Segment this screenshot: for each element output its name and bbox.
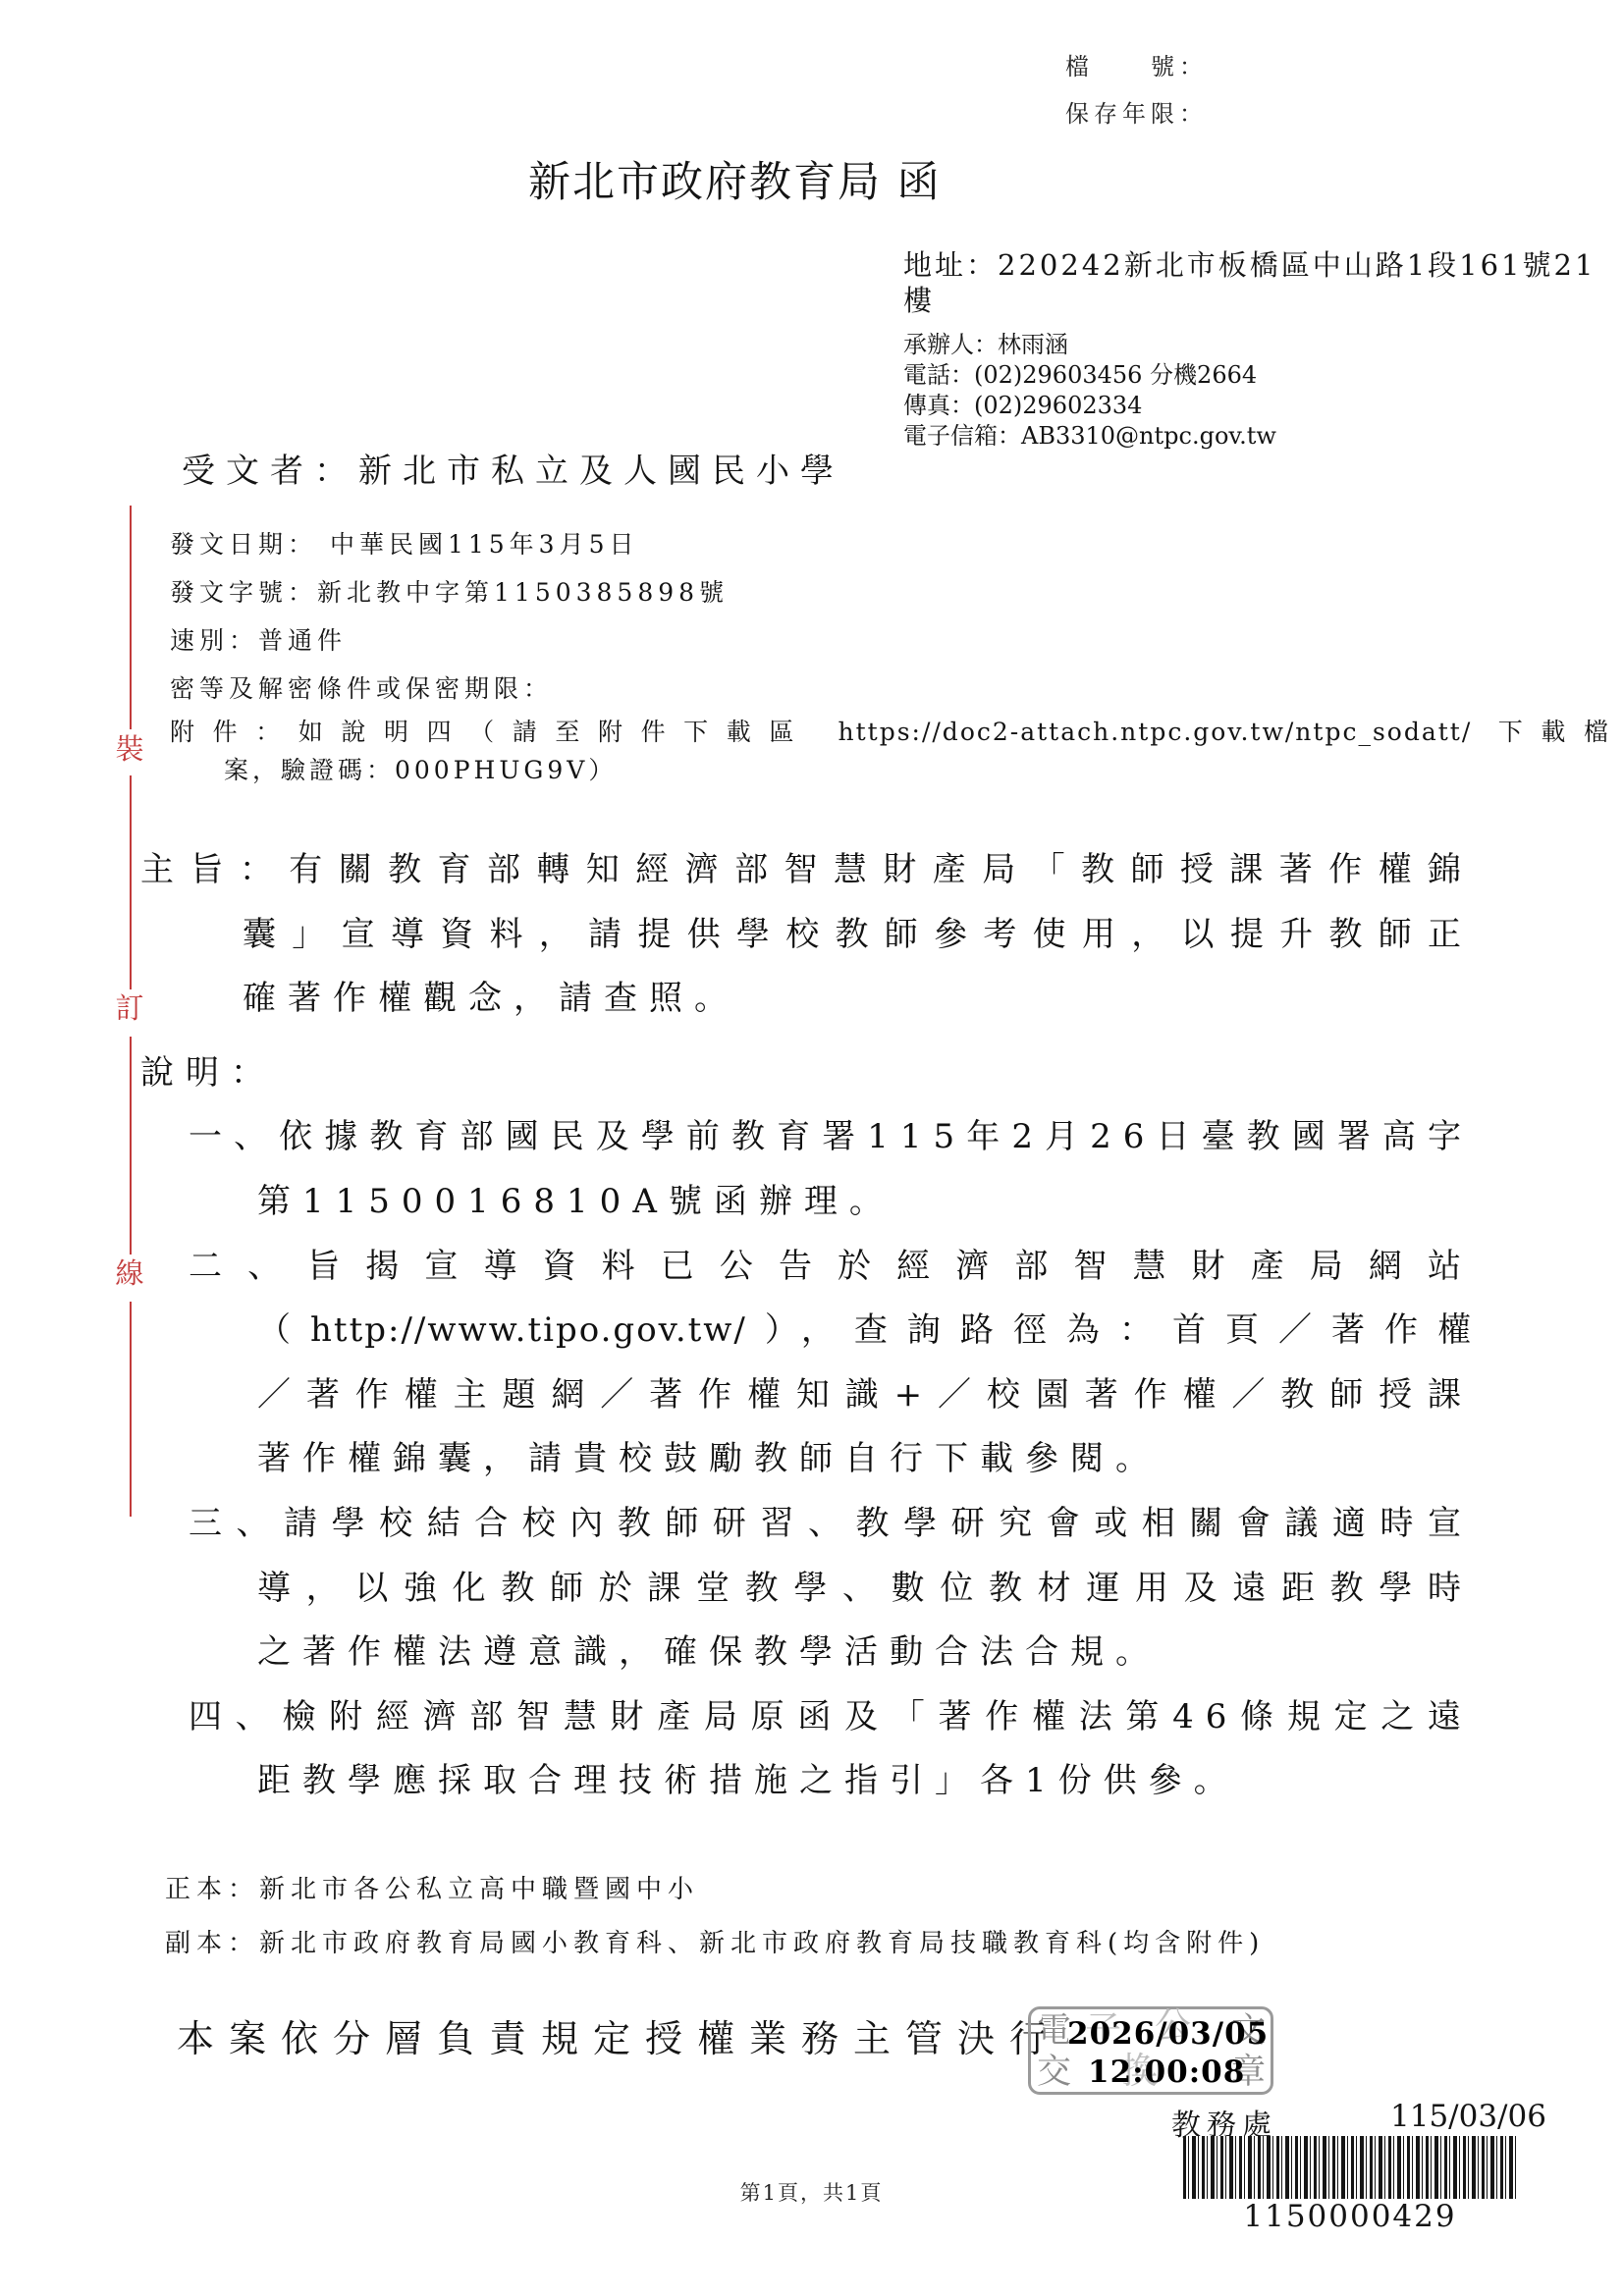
binding-mark-zhuang: 裝 — [108, 734, 151, 766]
body-line: ／著作權主題網／著作權知識+／校園著作權／教師授課 — [140, 1363, 1473, 1428]
doc-number-line: 發文字號：新北教中字第1150385898號 — [170, 568, 1610, 616]
agency-fax: 傳真：(02)29602334 — [903, 391, 1623, 421]
agency-info-block: 地址：220242新北市板橋區中山路1段161號21樓 承辦人：林雨涵 電話：(… — [903, 247, 1623, 452]
dispatch-date: 115/03/06 — [1390, 2099, 1546, 2134]
speed-class-line: 速別：普通件 — [170, 616, 1610, 665]
attachment-line-1: 附件：如說明四（請至附件下載區 https://doc2-attach.ntpc… — [170, 713, 1610, 751]
page-footer: 第1頁，共1頁 — [0, 2177, 1623, 2207]
body-line: 二、旨揭宣導資料已公告於經濟部智慧財產局網站 — [140, 1235, 1473, 1300]
subject-line: 確著作權觀念，請查照。 — [140, 967, 1473, 1032]
attachment-line-2: 案，驗證碼：000PHUG9V） — [170, 751, 1610, 789]
body-line: 導，以強化教師於課堂教學、數位教材運用及遠距教學時 — [140, 1557, 1473, 1622]
stamp-date: 2026/03/05 — [1067, 2019, 1269, 2050]
binding-line-segment — [130, 1302, 132, 1517]
body-line: 四、檢附經濟部智慧財產局原函及「著作權法第46條規定之遠 — [140, 1685, 1473, 1750]
binding-mark-xian: 線 — [108, 1258, 151, 1290]
official-letter-page: 檔 號： 保存年限： 新北市政府教育局 函 地址：220242新北市板橋區中山路… — [0, 0, 1623, 2296]
agency-contact-person: 承辦人：林雨涵 — [903, 330, 1623, 360]
stamp-char: 電 — [1037, 2014, 1071, 2049]
body-line: 第1150016810A號函辦理。 — [140, 1170, 1473, 1235]
subject-line: 囊」宣導資料，請提供學校教師參考使用，以提升教師正 — [140, 903, 1473, 968]
binding-mark-ding: 訂 — [108, 993, 151, 1025]
subject-line: 主旨：有關教育部轉知經濟部智慧財產局「教師授課著作權錦 — [140, 838, 1473, 903]
copies-block: 正本：新北市各公私立高中職暨國中小 副本：新北市政府教育局國小教育科、新北市政府… — [165, 1863, 1265, 1971]
issue-date-line: 發文日期： 中華民國115年3月5日 — [170, 520, 1610, 568]
retention-period-label: 保存年限： — [1065, 90, 1208, 137]
binding-line-segment — [130, 1037, 132, 1255]
stamp-time: 12:00:08 — [1088, 2057, 1245, 2088]
body-line: 一、依據教育部國民及學前教育署115年2月26日臺教國署高字 — [140, 1105, 1473, 1170]
cc-copy-line: 副本：新北市政府教育局國小教育科、新北市政府教育局技職教育科(均含附件) — [165, 1917, 1265, 1971]
section-label: 說明： — [140, 1041, 1473, 1106]
binding-line-segment — [130, 506, 132, 729]
body-line: 三、請學校結合校內教師研習、教學研究會或相關會議適時宣 — [140, 1492, 1473, 1557]
document-meta-block: 發文日期： 中華民國115年3月5日 發文字號：新北教中字第1150385898… — [170, 520, 1610, 789]
letter-body: 主旨：有關教育部轉知經濟部智慧財產局「教師授課著作權錦 囊」宣導資料，請提供學校… — [140, 838, 1473, 1814]
agency-phone: 電話：(02)29603456 分機2664 — [903, 360, 1623, 391]
electronic-exchange-stamp: 子 公 換 電 交 文 章 2026/03/05 12:00:08 — [1028, 2006, 1273, 2095]
file-number-label: 檔 號： — [1065, 43, 1208, 90]
original-copy-line: 正本：新北市各公私立高中職暨國中小 — [165, 1863, 1265, 1917]
body-line: 距教學應採取合理技術措施之指引」各1份供參。 — [140, 1749, 1473, 1814]
body-line: 之著作權法遵意識，確保教學活動合法合規。 — [140, 1621, 1473, 1685]
file-number-block: 檔 號： 保存年限： — [1065, 43, 1208, 137]
agency-address: 地址：220242新北市板橋區中山路1段161號21樓 — [903, 247, 1623, 318]
delegation-decision-line: 本案依分層負責規定授權業務主管決行 — [177, 2008, 1061, 2062]
document-title: 新北市政府教育局 函 — [528, 149, 942, 209]
recipient-line: 受文者：新北市私立及人國民小學 — [182, 444, 844, 492]
security-class-line: 密等及解密條件或保密期限： — [170, 665, 1610, 713]
body-line: （http://www.tipo.gov.tw/），查詢路徑為：首頁／著作權 — [140, 1299, 1473, 1363]
binding-line-segment — [130, 775, 132, 989]
agency-email: 電子信箱：AB3310@ntpc.gov.tw — [903, 421, 1623, 452]
stamp-char: 交 — [1037, 2056, 1071, 2090]
body-line: 著作權錦囊，請貴校鼓勵教師自行下載參閱。 — [140, 1427, 1473, 1492]
